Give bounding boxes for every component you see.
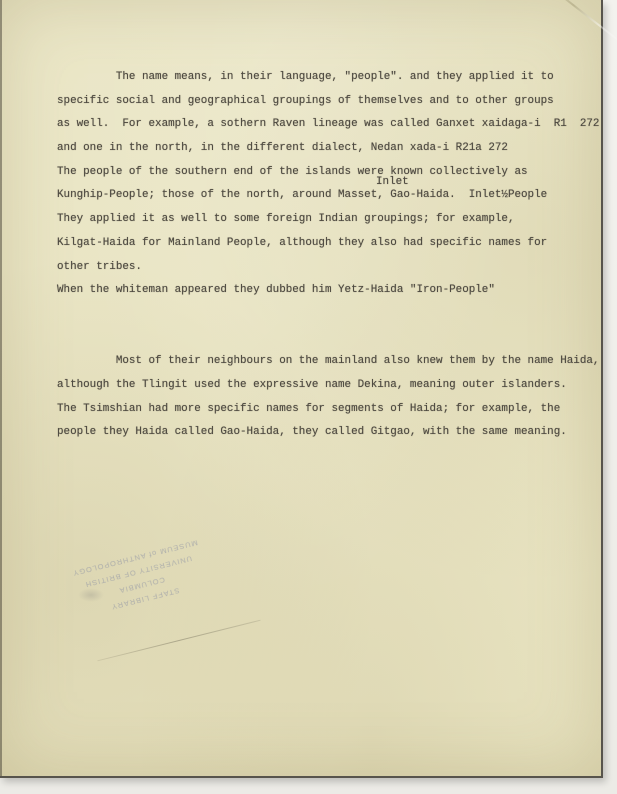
text-line: specific social and geographical groupin… xyxy=(57,90,609,114)
text-line: Kunghip-People; those of the north, arou… xyxy=(57,184,609,208)
text-line: When the whiteman appeared they dubbed h… xyxy=(57,279,609,303)
text-line xyxy=(57,303,609,327)
text-line: The name means, in their language, "peop… xyxy=(57,66,609,90)
text-line: Most of their neighbours on the mainland… xyxy=(57,350,609,374)
text-line xyxy=(57,327,609,351)
text-line: other tribes. xyxy=(57,256,609,280)
library-stamp: STAFF LIBRARY COLUMBIA UNIVERSITY OF BRI… xyxy=(58,532,223,624)
pencil-mark xyxy=(97,620,260,662)
document-scan: { "page": { "paper_color": "#eae6c5", "i… xyxy=(0,0,617,794)
text-line: as well. For example, a sothern Raven li… xyxy=(57,113,609,137)
interlinear-insertion: Inlet xyxy=(376,176,409,188)
ink-smudge xyxy=(78,588,104,602)
text-line: although the Tlingit used the expressive… xyxy=(57,374,609,398)
text-line: The Tsimshian had more specific names fo… xyxy=(57,398,609,422)
text-line: They applied it as well to some foreign … xyxy=(57,208,609,232)
text-line: The people of the southern end of the is… xyxy=(57,161,609,185)
text-line: Kilgat-Haida for Mainland People, althou… xyxy=(57,232,609,256)
scanned-paper-page: The name means, in their language, "peop… xyxy=(0,0,603,778)
text-line: people they Haida called Gao-Haida, they… xyxy=(57,421,609,445)
text-line: and one in the north, in the different d… xyxy=(57,137,609,161)
typewritten-text-block: The name means, in their language, "peop… xyxy=(57,66,609,445)
paper-crease xyxy=(548,0,617,45)
